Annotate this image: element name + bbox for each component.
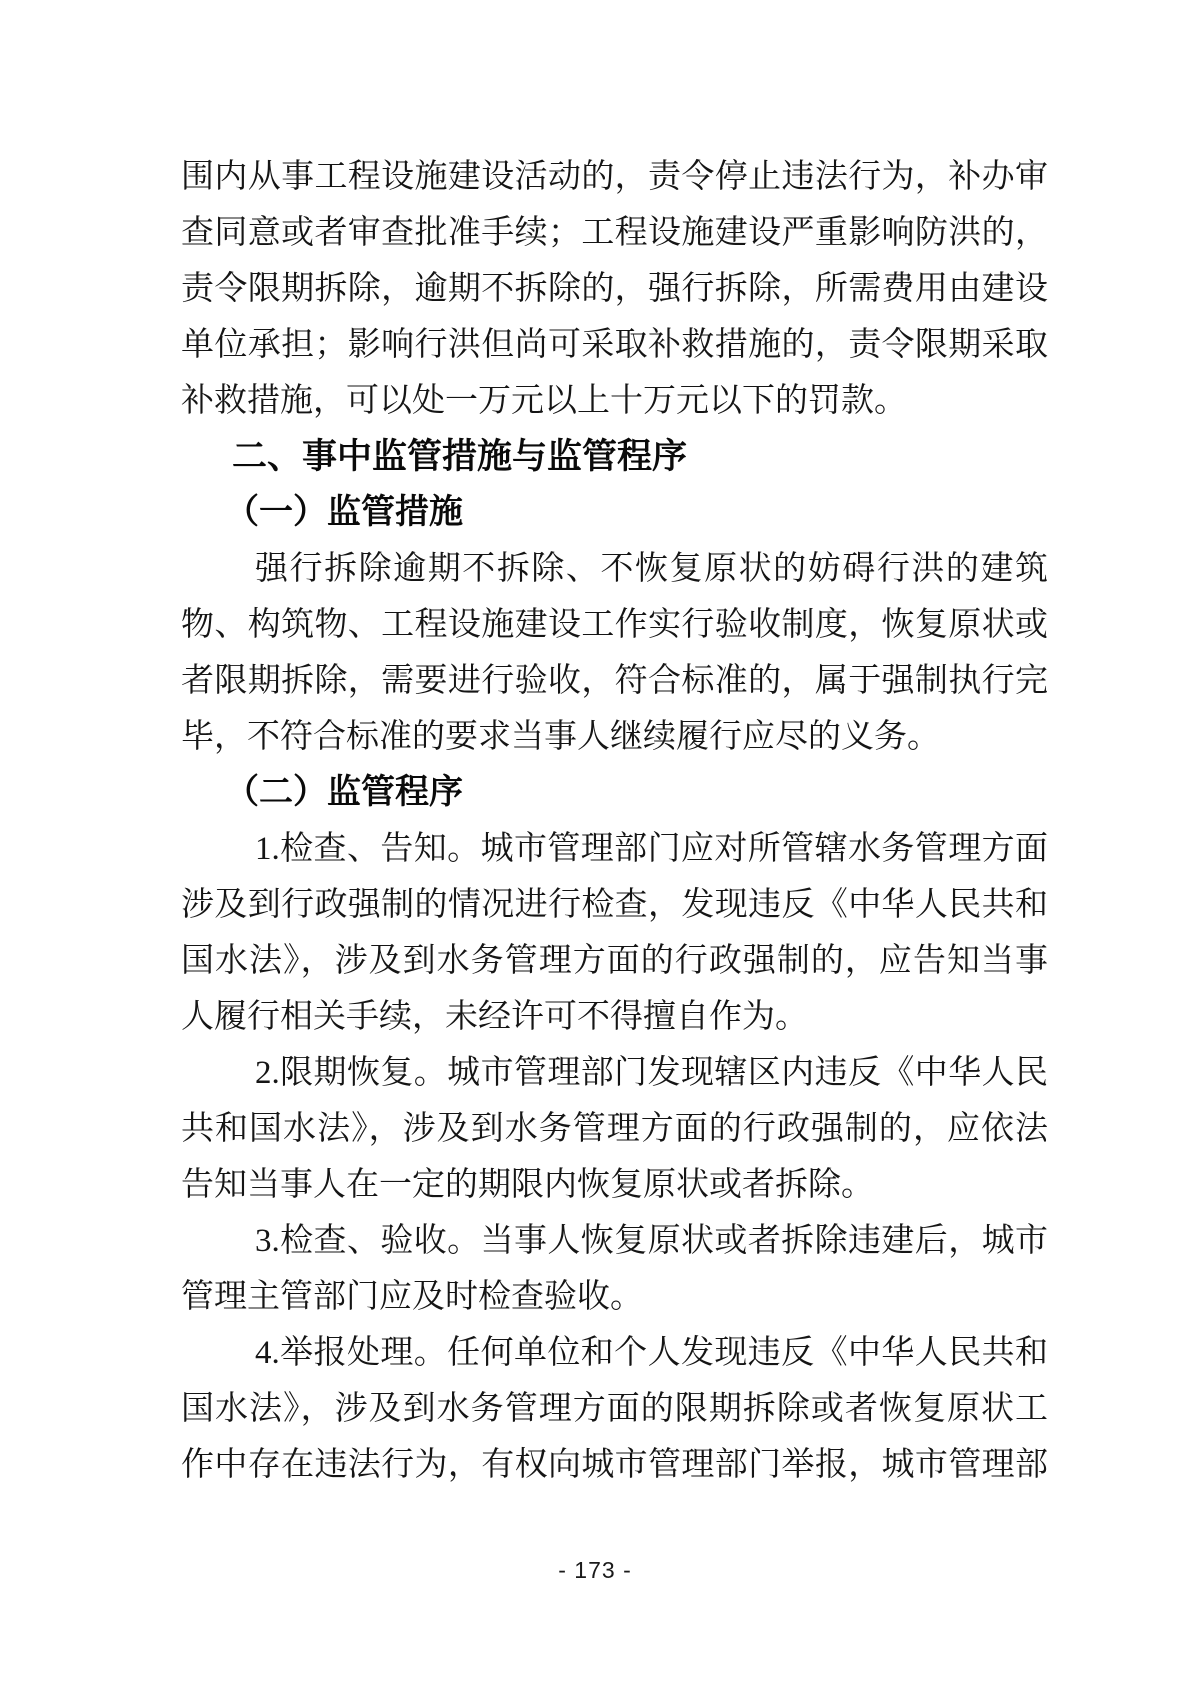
text-line: 围内从事工程设施建设活动的，责令停止违法行为，补办审: [181, 149, 1048, 205]
text-line: 涉及到行政强制的情况进行检查，发现违反《中华人民共和: [181, 877, 1048, 933]
text-line: 共和国水法》，涉及到水务管理方面的行政强制的，应依法: [181, 1101, 1048, 1157]
text-line: 查同意或者审查批准手续；工程设施建设严重影响防洪的，: [181, 205, 1048, 261]
text-line: 国水法》，涉及到水务管理方面的限期拆除或者恢复原状工: [181, 1381, 1048, 1437]
paragraph-penalty-continuation: 围内从事工程设施建设活动的，责令停止违法行为，补办审 查同意或者审查批准手续；工…: [181, 149, 1048, 429]
text-line: 单位承担；影响行洪但尚可采取补救措施的，责令限期采取: [181, 317, 1048, 373]
text-line: 告知当事人在一定的期限内恢复原状或者拆除。: [181, 1157, 1048, 1213]
text-line: 3.检查、验收。当事人恢复原状或者拆除违建后，城市: [181, 1213, 1048, 1269]
text-line: 责令限期拆除，逾期不拆除的，强行拆除，所需费用由建设: [181, 261, 1048, 317]
paragraph-step-4-report-handling: 4.举报处理。任何单位和个人发现违反《中华人民共和 国水法》，涉及到水务管理方面…: [181, 1325, 1048, 1493]
paragraph-supervision-measures: 强行拆除逾期不拆除、不恢复原状的妨碍行洪的建筑 物、构筑物、工程设施建设工作实行…: [181, 541, 1048, 765]
text-line: 4.举报处理。任何单位和个人发现违反《中华人民共和: [181, 1325, 1048, 1381]
section-heading-2: 二、事中监管措施与监管程序: [181, 429, 1048, 485]
text-line: 作中存在违法行为，有权向城市管理部门举报，城市管理部: [181, 1437, 1048, 1493]
text-line: 补救措施，可以处一万元以上十万元以下的罚款。: [181, 373, 1048, 429]
page-number: - 173 -: [558, 1557, 631, 1583]
text-line: 2.限期恢复。城市管理部门发现辖区内违反《中华人民: [181, 1045, 1048, 1101]
text-line: 毕，不符合标准的要求当事人继续履行应尽的义务。: [181, 709, 1048, 765]
text-line: 1.检查、告知。城市管理部门应对所管辖水务管理方面: [181, 821, 1048, 877]
text-line: 国水法》，涉及到水务管理方面的行政强制的，应告知当事: [181, 933, 1048, 989]
text-line: 强行拆除逾期不拆除、不恢复原状的妨碍行洪的建筑: [181, 541, 1048, 597]
paragraph-step-2-restore-deadline: 2.限期恢复。城市管理部门发现辖区内违反《中华人民 共和国水法》，涉及到水务管理…: [181, 1045, 1048, 1213]
subheading-2-2: （二）监管程序: [181, 765, 1048, 821]
text-line: 者限期拆除，需要进行验收，符合标准的，属于强制执行完: [181, 653, 1048, 709]
subheading-2-1: （一）监管措施: [181, 485, 1048, 541]
paragraph-step-1-inspect-notify: 1.检查、告知。城市管理部门应对所管辖水务管理方面 涉及到行政强制的情况进行检查…: [181, 821, 1048, 1045]
text-line: 管理主管部门应及时检查验收。: [181, 1269, 1048, 1325]
page-footer: - 173 -: [0, 1556, 1190, 1584]
text-line: 物、构筑物、工程设施建设工作实行验收制度，恢复原状或: [181, 597, 1048, 653]
document-page: 围内从事工程设施建设活动的，责令停止违法行为，补办审 查同意或者审查批准手续；工…: [0, 0, 1190, 1683]
text-line: 人履行相关手续，未经许可不得擅自作为。: [181, 989, 1048, 1045]
paragraph-step-3-inspect-accept: 3.检查、验收。当事人恢复原状或者拆除违建后，城市 管理主管部门应及时检查验收。: [181, 1213, 1048, 1325]
document-body: 围内从事工程设施建设活动的，责令停止违法行为，补办审 查同意或者审查批准手续；工…: [181, 149, 1048, 1493]
